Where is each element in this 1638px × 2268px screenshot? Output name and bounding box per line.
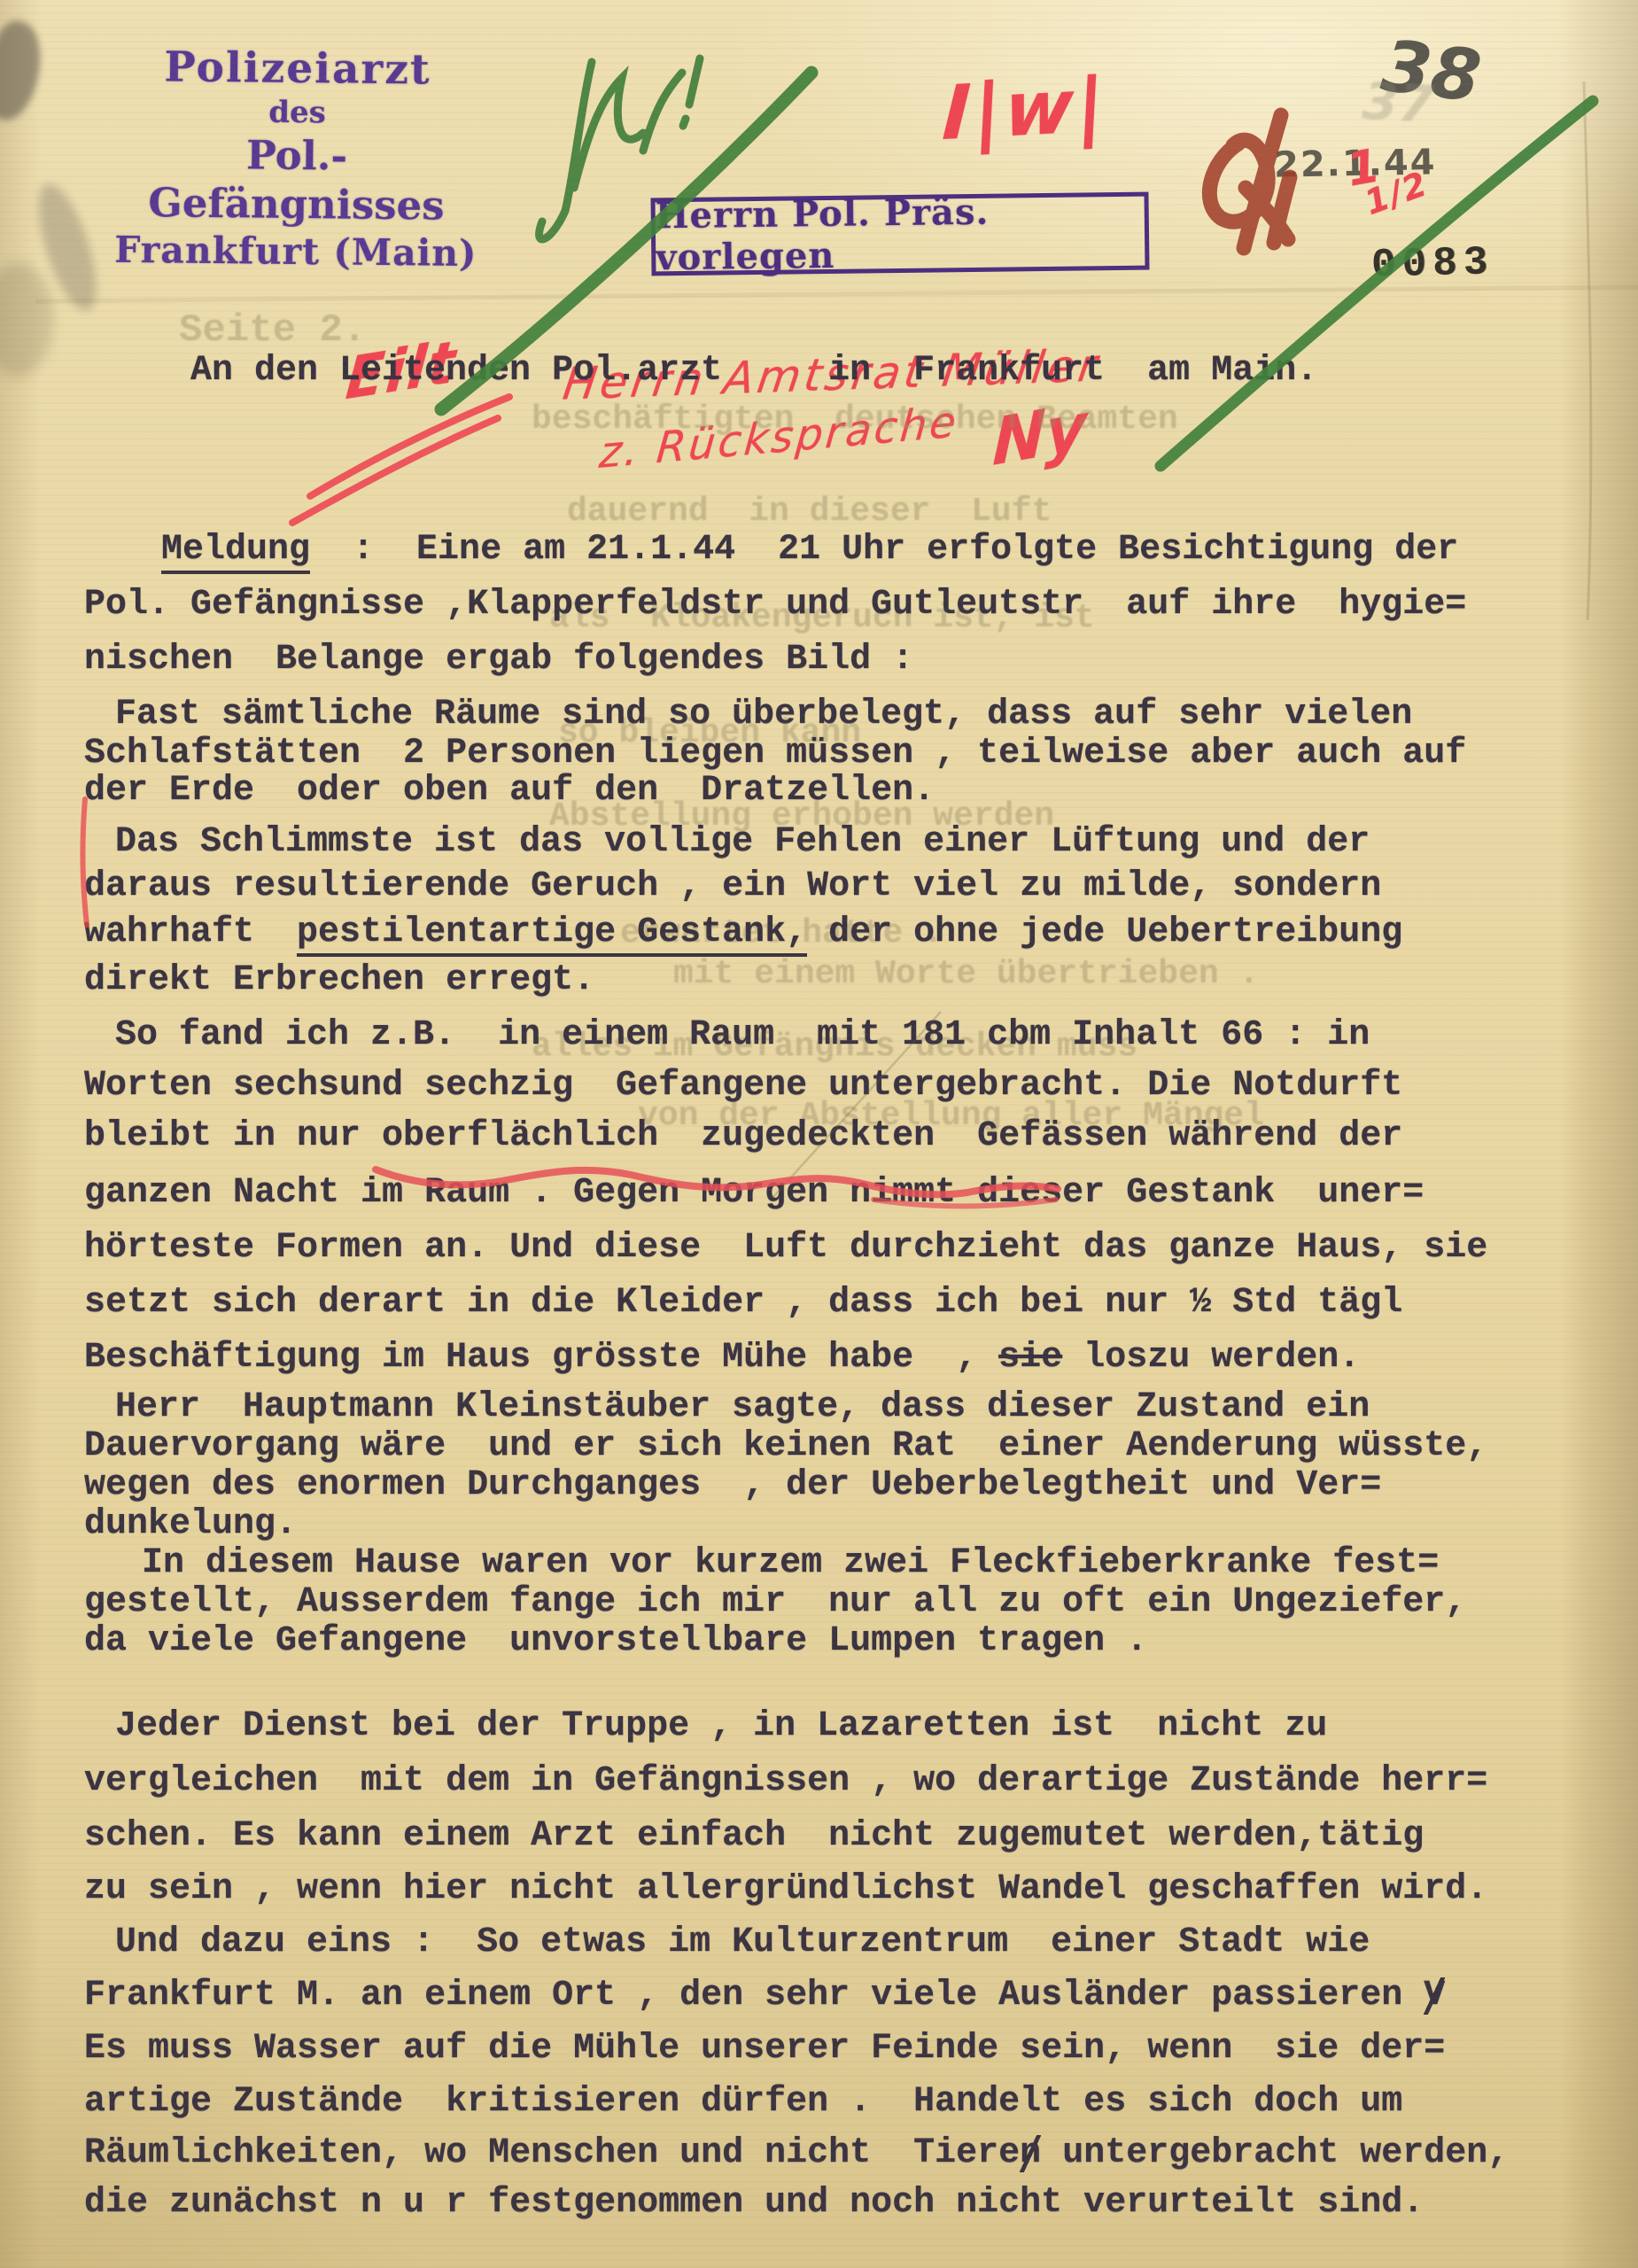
typed-segment: V: [1424, 1977, 1445, 2015]
typed-segment: bleibt in nur oberflächlich zugedeckten …: [84, 1116, 1402, 1156]
typed-line: An den Leitenden Pol.arzt in Frankfurt a…: [190, 353, 1317, 390]
typed-line: schen. Es kann einem Arzt einfach nicht …: [84, 1818, 1424, 1855]
typed-segment: zu sein , wenn hier nicht allergründlich…: [84, 1869, 1487, 1909]
typed-line: Es muss Wasser auf die Mühle unserer Fei…: [84, 2031, 1445, 2068]
submit-stamp-text: Herrn Pol. Präs. vorlegen: [655, 190, 1145, 279]
typed-segment: der ohne jede Uebertreibung: [807, 913, 1402, 952]
typed-segment: Fast sämtliche Räume sind so überbelegt,…: [115, 695, 1412, 734]
typed-segment: hörteste Formen an. Und diese Luft durch…: [84, 1228, 1487, 1268]
typed-segment: nischen Belange ergab folgendes Bild :: [84, 640, 913, 680]
typed-line: Fast sämtliche Räume sind so überbelegt,…: [115, 696, 1412, 734]
typed-line: Worten sechsund sechzig Gefangene unterg…: [84, 1068, 1402, 1105]
fold-crease-line: [35, 287, 1638, 301]
typed-segment: schen. Es kann einem Arzt einfach nicht …: [84, 1816, 1424, 1856]
typed-segment: untergebracht werden,: [1041, 2133, 1509, 2173]
typed-line: Das Schlimmste ist das vollige Fehlen ei…: [115, 824, 1370, 861]
typed-line: zu sein , wenn hier nicht allergründlich…: [84, 1871, 1487, 1908]
typed-line: bleibt in nur oberflächlich zugedeckten …: [84, 1118, 1402, 1155]
ghost-bleed-line: Seite 2.: [179, 308, 366, 353]
typed-segment: pestilentartige Gestank,: [297, 913, 807, 957]
typed-segment: gestellt, Ausserdem fange ich mir nur al…: [84, 1582, 1466, 1622]
serial-number-stamp: 0083: [1370, 239, 1494, 289]
typed-line: artige Zustände kritisieren dürfen . Han…: [84, 2084, 1402, 2121]
typed-line: Räumlichkeiten, wo Menschen und nicht Ti…: [84, 2135, 1509, 2172]
sender-stamp-line: Pol.-Gefängnisses: [105, 129, 487, 230]
typed-line: Frankfurt M. an einem Ort , den sehr vie…: [84, 1977, 1445, 2015]
typed-segment: Meldung: [161, 530, 310, 574]
ghost-bleed-line: mit einem Worte übertrieben .: [673, 955, 1259, 993]
typed-line: Beschäftigung im Haus grösste Mühe habe …: [84, 1340, 1360, 1377]
edge-pencil-smudge: [27, 177, 108, 316]
typed-line: hörteste Formen an. Und diese Luft durch…: [84, 1230, 1487, 1267]
typed-segment: vergleichen mit dem in Gefängnissen , wo…: [84, 1761, 1487, 1801]
typed-line: Und dazu eins : So etwas im Kulturzentru…: [115, 1924, 1370, 1961]
typed-segment: In diesem Hause waren vor kurzem zwei Fl…: [142, 1543, 1439, 1583]
typed-line: ganzen Nacht im Raum . Gegen Morgen nimm…: [84, 1175, 1424, 1212]
edge-crease: [1584, 82, 1591, 620]
typed-segment: Worten sechsund sechzig Gefangene unterg…: [84, 1066, 1402, 1106]
typed-line: vergleichen mit dem in Gefängnissen , wo…: [84, 1763, 1487, 1800]
typed-segment: loszu werden.: [1062, 1338, 1360, 1378]
file-reference-mark: I|w|: [941, 61, 1110, 157]
typed-line: der Erde oder oben auf den Dratzellen.: [84, 773, 935, 810]
typed-line: dunkelung.: [84, 1506, 297, 1543]
typed-segment: So fand ich z.B. in einem Raum mit 181 c…: [115, 1015, 1370, 1055]
typed-line: die zunächst n u r festgenommen und noch…: [84, 2185, 1424, 2222]
eilt-underline-2: [292, 418, 498, 523]
typed-line: Meldung : Eine am 21.1.44 21 Uhr erfolgt…: [161, 532, 1458, 569]
typed-line: gestellt, Ausserdem fange ich mir nur al…: [84, 1584, 1466, 1621]
typed-line: Jeder Dienst bei der Truppe , in Lazaret…: [115, 1708, 1327, 1745]
typed-line: wahrhaft pestilentartige Gestank, der oh…: [84, 914, 1402, 951]
typed-segment: dunkelung.: [84, 1504, 297, 1544]
page-number-pencil-faint: 37: [1361, 70, 1436, 135]
typed-segment: setzt sich derart in die Kleider , dass …: [84, 1283, 1402, 1323]
typed-line: direkt Erbrechen erregt.: [84, 962, 594, 999]
typed-segment: Dauervorgang wäre und er sich keinen Rat…: [84, 1426, 1487, 1466]
typed-line: daraus resultierende Geruch , ein Wort v…: [84, 868, 1381, 905]
typed-segment: wegen des enormen Durchganges , der Uebe…: [84, 1465, 1381, 1505]
typed-segment: die zunächst n u r festgenommen und noch…: [84, 2183, 1424, 2223]
typed-segment: ganzen Nacht im Raum . Gegen Morgen nimm…: [84, 1173, 1424, 1213]
typed-segment: Beschäftigung im Haus grösste Mühe habe …: [84, 1338, 998, 1378]
typed-segment: Frankfurt M. an einem Ort , den sehr vie…: [84, 1976, 1424, 2016]
typed-line: So fand ich z.B. in einem Raum mit 181 c…: [115, 1017, 1370, 1054]
typed-segment: Es muss Wasser auf die Mühle unserer Fei…: [84, 2029, 1445, 2069]
eilt-underline-1: [310, 397, 509, 496]
scanned-document-page: Polizeiarzt des Pol.-Gefängnisses Frankf…: [0, 0, 1638, 2268]
typed-line: Dauervorgang wäre und er sich keinen Rat…: [84, 1428, 1487, 1465]
typed-segment: direkt Erbrechen erregt.: [84, 960, 594, 1000]
ghost-bleed-line: beschäftigten deutschen Beamten: [532, 400, 1178, 439]
typed-line: nischen Belange ergab folgendes Bild :: [84, 641, 913, 679]
typed-segment: Jeder Dienst bei der Truppe , in Lazaret…: [115, 1706, 1327, 1746]
sender-stamp-line: des: [106, 92, 487, 134]
typed-segment: : Eine am 21.1.44 21 Uhr erfolgte Besich…: [310, 530, 1458, 570]
sender-stamp: Polizeiarzt des Pol.-Gefängnisses Frankf…: [105, 43, 489, 276]
typed-segment: Herr Hauptmann Kleinstäuber sagte, dass …: [115, 1387, 1370, 1427]
typed-segment: da viele Gefangene unvorstellbare Lumpen…: [84, 1621, 1147, 1661]
typed-segment: wahrhaft: [84, 913, 297, 952]
typed-segment: n: [1020, 2135, 1041, 2172]
typed-segment: sie: [998, 1338, 1062, 1378]
typed-line: In diesem Hause waren vor kurzem zwei Fl…: [142, 1545, 1439, 1582]
typed-segment: artige Zustände kritisieren dürfen . Han…: [84, 2082, 1402, 2122]
typed-segment: Räumlichkeiten, wo Menschen und nicht Ti…: [84, 2133, 1020, 2173]
typed-segment: Schlafstätten 2 Personen liegen müssen ,…: [84, 734, 1466, 773]
typed-line: setzt sich derart in die Kleider , dass …: [84, 1285, 1402, 1322]
typed-segment: Und dazu eins : So etwas im Kulturzentru…: [115, 1922, 1370, 1962]
typed-segment: Pol. Gefängnisse ,Klapperfeldstr und Gut…: [84, 585, 1466, 625]
typed-line: wegen des enormen Durchganges , der Uebe…: [84, 1467, 1381, 1504]
typed-segment: daraus resultierende Geruch , ein Wort v…: [84, 866, 1381, 906]
ghost-bleed-line: dauernd in dieser Luft: [567, 493, 1052, 531]
typed-line: da viele Gefangene unvorstellbare Lumpen…: [84, 1623, 1147, 1660]
sender-stamp-line: Polizeiarzt: [107, 43, 489, 96]
edge-shadow-smudge: [0, 262, 53, 377]
typed-segment: An den Leitenden Pol.arzt in Frankfurt a…: [190, 351, 1317, 391]
typed-line: Schlafstätten 2 Personen liegen müssen ,…: [84, 735, 1466, 773]
typed-segment: Das Schlimmste ist das vollige Fehlen ei…: [115, 822, 1370, 862]
typed-line: Pol. Gefängnisse ,Klapperfeldstr und Gut…: [84, 586, 1466, 624]
typed-segment: der Erde oder oben auf den Dratzellen.: [84, 771, 935, 811]
typed-line: Herr Hauptmann Kleinstäuber sagte, dass …: [115, 1389, 1370, 1426]
submit-stamp-box: Herrn Pol. Präs. vorlegen: [650, 192, 1149, 276]
corner-ink-smudge: [0, 17, 50, 126]
sender-stamp-line: Frankfurt (Main): [105, 227, 487, 277]
